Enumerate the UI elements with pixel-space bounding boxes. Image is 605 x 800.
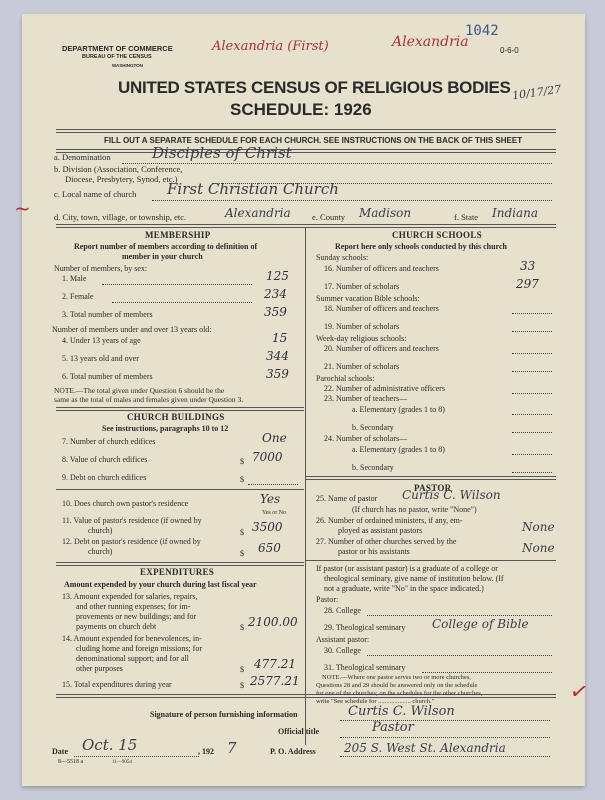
edifices-count-label: 7. Number of church edifices — [62, 437, 156, 446]
leader-dots — [112, 302, 252, 303]
q22-label: 22. Number of administrative officers — [324, 384, 445, 393]
q14-label-4: other purposes — [76, 664, 123, 673]
yes-no-hint: Yes or No — [262, 510, 286, 516]
annotation-place: Alexandria — [392, 34, 469, 50]
edifices-value-field[interactable]: 7000 — [252, 450, 283, 464]
red-check-mark: ✓ — [568, 678, 591, 707]
q19-field[interactable] — [512, 331, 552, 332]
graduate-instructions: If pastor (or assistant pastor) is a gra… — [316, 564, 498, 573]
q30-field[interactable] — [367, 655, 552, 656]
male-label: 1. Male — [62, 274, 86, 283]
dollar-sign: $ — [240, 623, 244, 632]
female-count-field[interactable]: 234 — [264, 287, 287, 301]
q15-field[interactable]: 2577.21 — [250, 674, 300, 688]
q26-label-2: ployed as assistant pastors — [338, 526, 422, 535]
dollar-sign: $ — [240, 457, 244, 466]
form-title: UNITED STATES CENSUS OF RELIGIOUS BODIES — [118, 78, 511, 98]
dollar-sign: $ — [240, 528, 244, 537]
residence-value-field[interactable]: 3500 — [252, 520, 283, 534]
denomination-label: a. Denomination — [54, 152, 111, 162]
schools-title: CHURCH SCHOOLS — [392, 230, 482, 240]
address-label: P. O. Address — [270, 747, 316, 756]
weekday-schools-heading: Week-day religious schools: — [316, 334, 406, 343]
denomination-line — [122, 163, 552, 164]
divider — [56, 562, 304, 566]
q31-label: 31. Theological seminary — [324, 663, 405, 672]
division-label-2: Diocese, Presbytery, Synod, etc.) — [65, 174, 178, 184]
dollar-sign: $ — [240, 665, 244, 674]
residence-value-label: 11. Value of pastor's residence (if owne… — [62, 516, 202, 525]
expenditures-title: EXPENDITURES — [140, 567, 214, 577]
divider — [56, 149, 556, 153]
membership-subtitle-2: member in your church — [122, 252, 203, 261]
divider — [306, 560, 556, 561]
q16-field[interactable]: 33 — [520, 259, 535, 273]
dollar-sign: $ — [240, 681, 244, 690]
q24-label: 24. Number of scholars— — [324, 434, 407, 443]
q23-label: 23. Number of teachers— — [324, 394, 407, 403]
q25-label: 25. Name of pastor — [316, 494, 377, 503]
dollar-sign: $ — [240, 475, 244, 484]
red-check-mark: ~ — [14, 196, 31, 220]
q22-field[interactable] — [512, 393, 552, 394]
edifices-debt-field[interactable] — [248, 484, 298, 485]
pastor-note-3: for one of the churches; on the schedule… — [316, 690, 482, 697]
dollar-sign: $ — [240, 549, 244, 558]
divider — [56, 489, 304, 490]
total-members-label: 3. Total number of members — [62, 310, 153, 319]
summer-schools-heading: Summer vacation Bible schools: — [316, 294, 420, 303]
denomination-field[interactable]: Disciples of Christ — [152, 144, 292, 162]
q28-field[interactable] — [367, 615, 552, 616]
q21-field[interactable] — [512, 371, 552, 372]
q19-label: 19. Number of scholars — [324, 322, 399, 331]
q25-note: (If church has no pastor, write "None") — [352, 505, 477, 514]
q27-field[interactable]: None — [522, 541, 555, 555]
parochial-schools-heading: Parochial schools: — [316, 374, 374, 383]
by-sex-heading: Number of members, by sex: — [54, 264, 147, 273]
state-field[interactable]: Indiana — [492, 206, 538, 220]
q18-label: 18. Number of officers and teachers — [324, 304, 439, 313]
owns-residence-label: 10. Does church own pastor's residence — [62, 499, 188, 508]
pastor-name-field[interactable]: Curtis C. Wilson — [402, 488, 501, 502]
city-field[interactable]: Alexandria — [225, 206, 291, 220]
pastor-note: NOTE.—Where one pastor serves two or mor… — [322, 674, 471, 681]
pastor-note-2: Questions 28 and 29 should be answered o… — [316, 682, 477, 689]
sunday-schools-heading: Sunday schools: — [316, 253, 368, 262]
q20-field[interactable] — [512, 353, 552, 354]
q14-label-3: denominational support; and for all — [76, 654, 189, 663]
signature-field[interactable]: Curtis C. Wilson — [348, 704, 455, 719]
expenditures-subtitle: Amount expended by your church during la… — [64, 580, 257, 589]
address-field[interactable]: 205 S. West St. Alexandria — [344, 741, 506, 755]
year-field[interactable]: 7 — [227, 739, 237, 757]
state-label: f. State — [454, 212, 478, 222]
schools-subtitle: Report here only schools conducted by th… — [335, 242, 507, 251]
local-name-label: c. Local name of church — [54, 189, 136, 199]
official-title-field[interactable]: Pastor — [372, 720, 414, 735]
edifices-value-label: 8. Value of church edifices — [62, 455, 147, 464]
local-name-line — [152, 200, 552, 201]
signature-label: Signature of person furnishing informati… — [150, 710, 297, 719]
q24a-label: a. Elementary (grades 1 to 8) — [352, 445, 445, 454]
title-line — [340, 737, 550, 738]
leader-dots — [102, 284, 252, 285]
under-13-field[interactable]: 15 — [272, 331, 287, 345]
q16-label: 16. Number of officers and teachers — [324, 264, 439, 273]
q23a-label: a. Elementary (grades 1 to 8) — [352, 405, 445, 414]
year-prefix: , 192 — [198, 747, 214, 756]
over-13-field[interactable]: 344 — [266, 349, 289, 363]
q14-label-2: cluding home and foreign missions; for — [76, 644, 202, 653]
total-members-field[interactable]: 359 — [264, 305, 287, 319]
column-divider — [305, 227, 306, 745]
q29-field[interactable]: College of Bible — [432, 617, 529, 631]
q27-label-2: pastor or his assistants — [338, 547, 410, 556]
q28-label: 28. College — [324, 606, 361, 615]
q21-label: 21. Number of scholars — [324, 362, 399, 371]
address-line — [340, 756, 550, 757]
q24a-field[interactable] — [512, 454, 552, 455]
form-code: 0-6-0 — [500, 46, 519, 55]
buildings-subtitle: See instructions, paragraphs 10 to 12 — [102, 424, 228, 433]
q18-field[interactable] — [512, 313, 552, 314]
edifices-count-field[interactable]: One — [262, 431, 287, 445]
divider — [56, 129, 556, 133]
q23b-field[interactable] — [512, 432, 552, 433]
q13-field[interactable]: 2100.00 — [248, 615, 298, 629]
annotation-place-first: Alexandria (First) — [212, 39, 329, 54]
bureau-label: BUREAU OF THE CENSUS — [82, 54, 152, 60]
q17-label: 17. Number of scholars — [324, 282, 399, 291]
q15-label: 15. Total expenditures during year — [62, 680, 172, 689]
date-field[interactable]: Oct. 15 — [82, 736, 137, 754]
q13-label-2: and other running expenses; for im- — [76, 602, 190, 611]
buildings-title: CHURCH BUILDINGS — [127, 412, 225, 422]
census-form-sheet: DEPARTMENT OF COMMERCE BUREAU OF THE CEN… — [22, 14, 585, 786]
owns-residence-field[interactable]: Yes — [260, 492, 280, 506]
q24b-field[interactable] — [512, 472, 552, 473]
q14-label: 14. Amount expended for benevolences, in… — [62, 634, 202, 643]
q14-field[interactable]: 477.21 — [254, 657, 296, 671]
assistant-pastor-sublabel: Assistant pastor: — [316, 635, 369, 644]
membership-title: MEMBERSHIP — [145, 230, 211, 240]
graduate-instructions-2: theological seminary, give name of insti… — [324, 574, 504, 583]
q23a-field[interactable] — [512, 414, 552, 415]
divider — [56, 224, 556, 228]
membership-note: NOTE.—The total given under Question 6 s… — [54, 386, 224, 395]
male-count-field[interactable]: 125 — [266, 269, 289, 283]
membership-note-2: same as the total of males and females g… — [54, 395, 243, 404]
q27-label: 27. Number of other churches served by t… — [316, 537, 456, 546]
residence-debt-label-2: church) — [88, 547, 112, 556]
graduate-instructions-3: not a graduate, write "No" in the space … — [324, 584, 484, 593]
residence-debt-label: 12. Debt on pastor's residence (if owned… — [62, 537, 201, 546]
q26-label: 26. Number of ordained ministers, if any… — [316, 516, 463, 525]
over-13-label: 5. 13 years old and over — [62, 354, 139, 363]
under-13-label: 4. Under 13 years of age — [62, 336, 141, 345]
q30-label: 30. College — [324, 646, 361, 655]
city-label: WASHINGTON — [112, 63, 143, 68]
membership-subtitle: Report number of members according to de… — [74, 242, 257, 251]
pastor-sublabel: Pastor: — [316, 595, 338, 604]
annotation-date: 10/17/27 — [511, 83, 562, 103]
divider — [56, 407, 304, 411]
q20-label: 20. Number of officers and teachers — [324, 344, 439, 353]
age-heading: Number of members under and over 13 year… — [52, 325, 212, 334]
department-label: DEPARTMENT OF COMMERCE — [62, 44, 173, 53]
form-subtitle: SCHEDULE: 1926 — [230, 100, 372, 120]
city-label: d. City, town, village, or township, etc… — [54, 212, 186, 222]
total-members-field-2[interactable]: 359 — [266, 367, 289, 381]
q29-label: 29. Theological seminary — [324, 623, 405, 632]
county-field[interactable]: Madison — [359, 206, 411, 220]
female-label: 2. Female — [62, 292, 94, 301]
date-label: Date — [52, 747, 68, 756]
q13-label-3: provements or new buildings; and for — [76, 612, 196, 621]
county-label: e. County — [312, 212, 345, 222]
stamp-number: 1042 — [465, 23, 499, 39]
residence-value-label-2: church) — [88, 526, 112, 535]
q26-field[interactable]: None — [522, 520, 555, 534]
q24b-label: b. Secondary — [352, 463, 394, 472]
print-number: 11—9054 — [112, 760, 132, 765]
form-number: 8—5518 a — [58, 759, 83, 765]
edifices-debt-label: 9. Debt on church edifices — [62, 473, 146, 482]
q13-label-4: payments on church debt — [76, 622, 156, 631]
q13-label: 13. Amount expended for salaries, repair… — [62, 592, 198, 601]
local-name-field[interactable]: First Christian Church — [167, 180, 339, 198]
divider — [306, 476, 556, 480]
official-title-label: Official title — [278, 727, 319, 736]
q31-field[interactable] — [422, 672, 552, 673]
residence-debt-field[interactable]: 650 — [258, 541, 281, 555]
total-members-label-2: 6. Total number of members — [62, 372, 153, 381]
division-label: b. Division (Association, Conference, — [54, 164, 182, 174]
date-line — [74, 756, 199, 757]
q23b-label: b. Secondary — [352, 423, 394, 432]
q17-field[interactable]: 297 — [516, 277, 539, 291]
